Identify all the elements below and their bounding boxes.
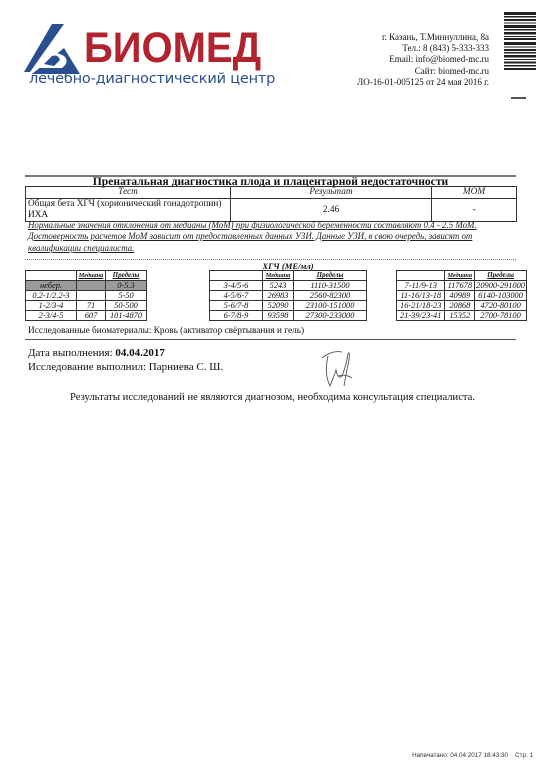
- median: 607: [77, 311, 106, 321]
- period: 1-2/3-4: [26, 301, 77, 311]
- date-label: Дата выполнения:: [28, 347, 115, 359]
- table-row: 1-2/3-47150-500: [26, 301, 147, 311]
- signature-icon: [318, 346, 358, 391]
- disclaimer: Результаты исследований не являются диаг…: [0, 392, 545, 403]
- hcg-table-left: МедианаПределы небер.0-5.3 0.2-1/2.2-35-…: [25, 270, 147, 321]
- period: 7-11/9-13: [397, 281, 445, 291]
- test-mom: -: [432, 199, 517, 222]
- table-row: небер.0-5.3: [26, 281, 147, 291]
- median-header: Медиана: [445, 271, 475, 281]
- table-row: 6-7/8-99359827300-233000: [210, 311, 367, 321]
- limits: 1110-31500: [294, 281, 367, 291]
- table-row: 2-3/4-5607101-4870: [26, 311, 147, 321]
- limits: 4720-80100: [475, 301, 527, 311]
- limits: 2560-82300: [294, 291, 367, 301]
- date-value: 04.04.2017: [115, 347, 165, 359]
- table-row: 3-4/5-652431110-31500: [210, 281, 367, 291]
- mom-norm-note: Нормальные значения отклонения от медиан…: [28, 220, 508, 254]
- median: 52090: [263, 301, 294, 311]
- col-test: Тест: [26, 187, 231, 199]
- test-name: Общая бета ХГЧ (хорионический гонадотроп…: [26, 199, 231, 222]
- limits: 0-5.3: [106, 281, 147, 291]
- biomaterial-info: Исследованные биоматериалы: Кровь (актив…: [28, 326, 304, 336]
- logo-wordmark: БИОМЕД: [84, 24, 261, 72]
- period: небер.: [26, 281, 77, 291]
- median: [77, 291, 106, 301]
- median: 93598: [263, 311, 294, 321]
- results-header-row: Тест Результат МОМ: [26, 187, 517, 199]
- address: г. Казань, Т.Миннуллина, 8а: [357, 32, 489, 43]
- license: ЛО-16-01-005125 от 24 мая 2016 г.: [357, 77, 489, 88]
- results-table: Тест Результат МОМ Общая бета ХГЧ (хорио…: [25, 186, 517, 222]
- barcode-icon: [504, 12, 536, 70]
- hcg-table-middle: МедианаПределы 3-4/5-652431110-31500 4-5…: [209, 270, 367, 321]
- table-row: Общая бета ХГЧ (хорионический гонадотроп…: [26, 199, 517, 222]
- table-row: 21-39/23-41153522700-78100: [397, 311, 527, 321]
- median-header: Медиана: [263, 271, 294, 281]
- test-result: 2.46: [231, 199, 432, 222]
- divider-mark: [511, 97, 526, 99]
- median: 71: [77, 301, 106, 311]
- performer: Исследование выполнил: Парниева С. Ш.: [28, 361, 223, 373]
- period: 3-4/5-6: [210, 281, 263, 291]
- limits-header: Пределы: [294, 271, 367, 281]
- period: 6-7/8-9: [210, 311, 263, 321]
- hcg-table-right: МедианаПределы 7-11/9-1311767820900-2910…: [396, 270, 527, 321]
- limits: 5-50: [106, 291, 147, 301]
- period: 4-5/6-7: [210, 291, 263, 301]
- median: [77, 281, 106, 291]
- col-result: Результат: [231, 187, 432, 199]
- clinic-contacts: г. Казань, Т.Миннуллина, 8а Тел.: 8 (843…: [357, 32, 489, 88]
- limits: 23100-151000: [294, 301, 367, 311]
- table-row: 0.2-1/2.2-35-50: [26, 291, 147, 301]
- table-row: 5-6/7-85209023100-151000: [210, 301, 367, 311]
- print-stamp: Напечатано: 04.04.2017 18:43:30 Стр. 1: [412, 752, 533, 759]
- dotted-divider: [25, 259, 516, 260]
- limits-header: Пределы: [106, 271, 147, 281]
- table-row: 11-16/13-18409896140-103000: [397, 291, 527, 301]
- period: 11-16/13-18: [397, 291, 445, 301]
- period: 2-3/4-5: [26, 311, 77, 321]
- logo-subtitle: лечебно-диагностический центр: [29, 71, 275, 87]
- table-row: 7-11/9-1311767820900-291000: [397, 281, 527, 291]
- median: 20868: [445, 301, 475, 311]
- limits: 27300-233000: [294, 311, 367, 321]
- period: 0.2-1/2.2-3: [26, 291, 77, 301]
- period: 21-39/23-41: [397, 311, 445, 321]
- limits: 6140-103000: [475, 291, 527, 301]
- median: 40989: [445, 291, 475, 301]
- biomaterial-rule: [25, 339, 516, 340]
- phone: Тел.: 8 (843) 5-333-333: [357, 43, 489, 54]
- table-row: 4-5/6-7269832560-82300: [210, 291, 367, 301]
- limits: 50-500: [106, 301, 147, 311]
- median: 15352: [445, 311, 475, 321]
- email: Email: info@biomed-mc.ru: [357, 54, 489, 65]
- limits-header: Пределы: [475, 271, 527, 281]
- median: 26983: [263, 291, 294, 301]
- limits: 101-4870: [106, 311, 147, 321]
- limits: 2700-78100: [475, 311, 527, 321]
- col-mom: МОМ: [432, 187, 517, 199]
- period: 5-6/7-8: [210, 301, 263, 311]
- median: 117678: [445, 281, 475, 291]
- median-header: Медиана: [77, 271, 106, 281]
- website: Сайт: biomed-mc.ru: [357, 66, 489, 77]
- table-row: 16-21/18-23208684720-80100: [397, 301, 527, 311]
- period: 16-21/18-23: [397, 301, 445, 311]
- median: 5243: [263, 281, 294, 291]
- execution-date: Дата выполнения: 04.04.2017: [28, 347, 165, 359]
- limits: 20900-291000: [475, 281, 527, 291]
